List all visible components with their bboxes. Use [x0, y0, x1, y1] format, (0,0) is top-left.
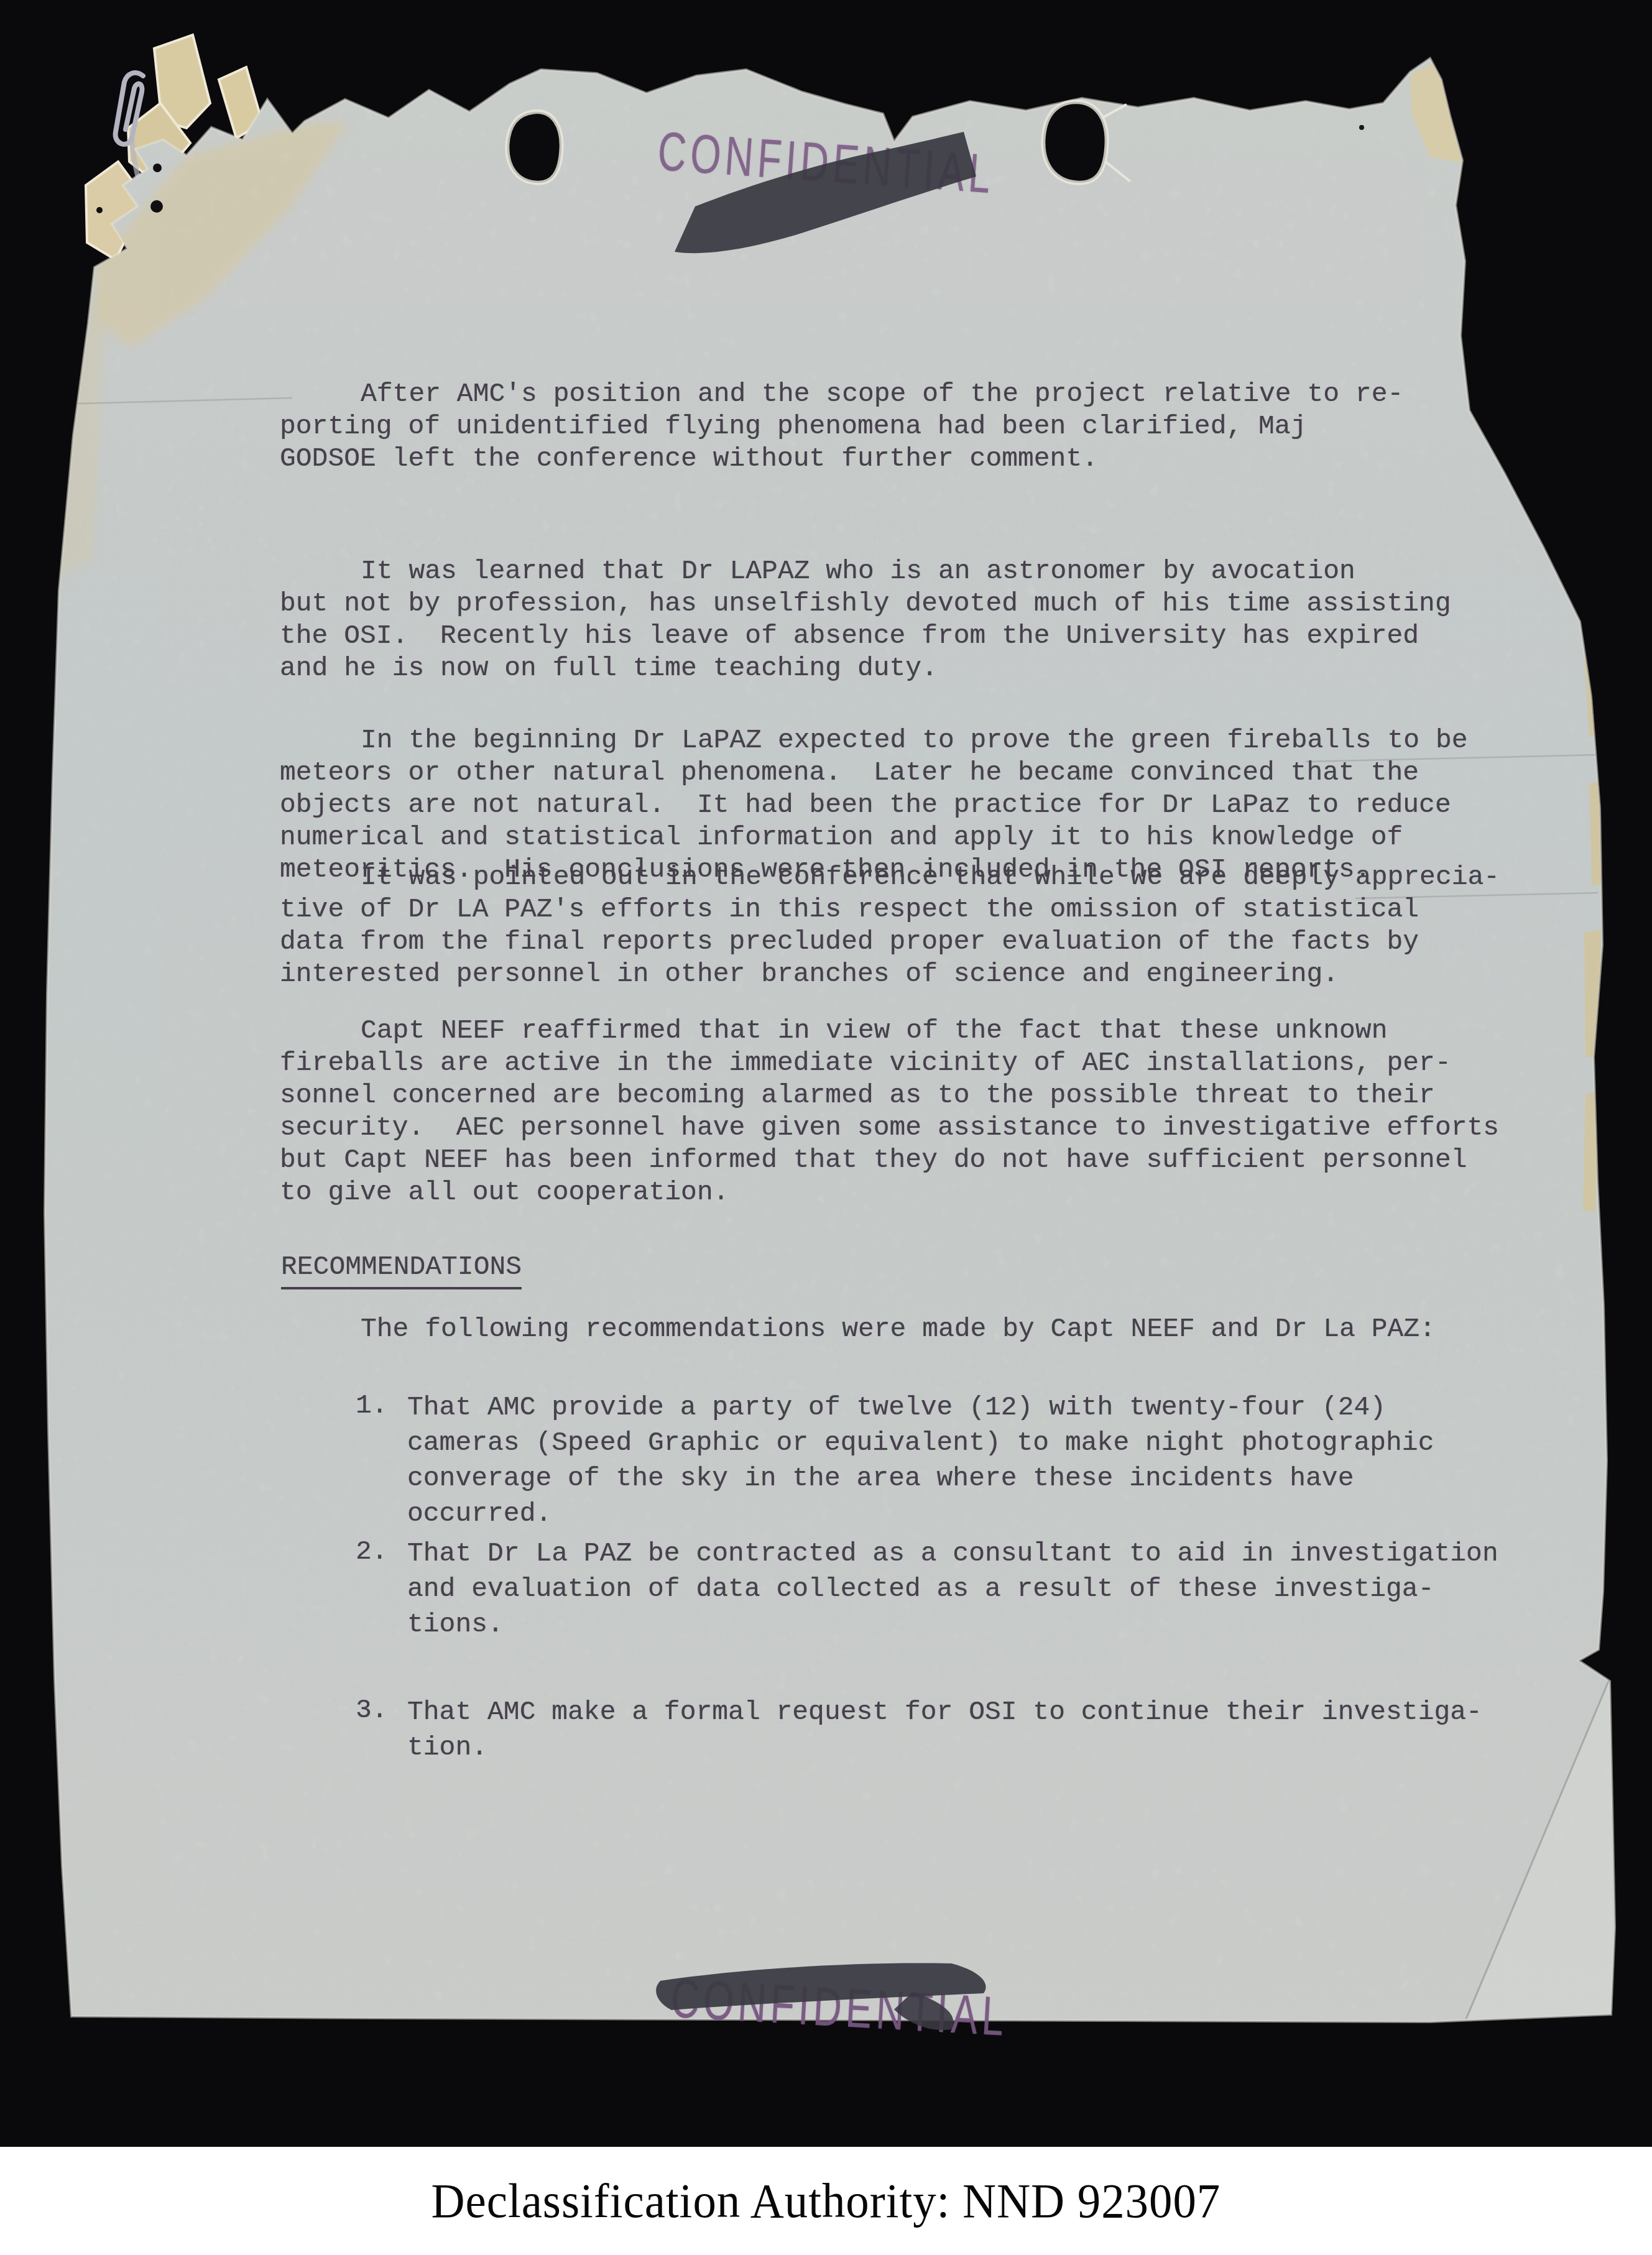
typed-text-layer: After AMC's position and the scope of th…	[0, 0, 1652, 2255]
scanned-document-page: After AMC's position and the scope of th…	[0, 0, 1652, 2255]
declassification-caption: Declassification Authority: NND 923007	[431, 2173, 1221, 2229]
typed-paragraph-2: It was learned that Dr LAPAZ who is an a…	[280, 555, 1520, 685]
item-number: 1.	[356, 1390, 405, 1422]
item-text: That AMC provide a party of twelve (12) …	[407, 1390, 1526, 1531]
item-number: 3.	[356, 1694, 405, 1727]
typed-paragraph-5: Capt NEEF reaffirmed that in view of the…	[280, 1015, 1520, 1209]
typed-paragraph-1: After AMC's position and the scope of th…	[280, 378, 1520, 475]
recommendations-heading: RECOMMENDATIONS	[281, 1251, 522, 1289]
declassification-strip: Declassification Authority: NND 923007	[0, 2147, 1652, 2255]
recommendations-intro: The following recommendations were made …	[280, 1313, 1520, 1345]
typed-paragraph-4: It was pointed out in the conference tha…	[280, 861, 1520, 990]
item-text: That Dr La PAZ be contracted as a consul…	[407, 1536, 1526, 1642]
item-text: That AMC make a formal request for OSI t…	[407, 1694, 1526, 1765]
item-number: 2.	[356, 1536, 405, 1568]
